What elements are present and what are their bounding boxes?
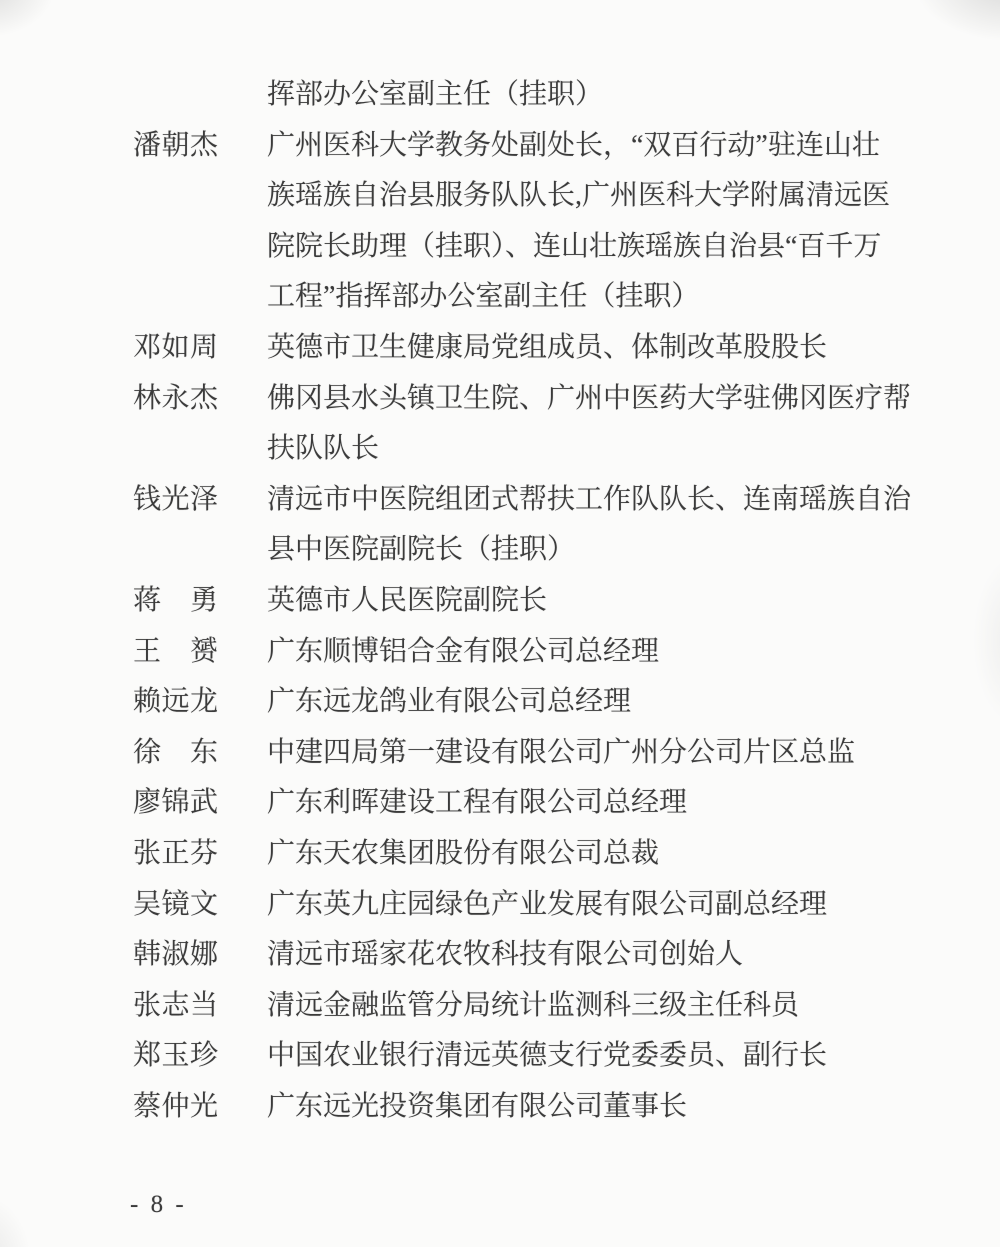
entry-description: 英德市卫生健康局党组成员、体制改革股股长 bbox=[267, 323, 903, 374]
list-item: 张志当 清远金融监管分局统计监测科三级主任科员 bbox=[133, 981, 903, 1032]
list-item: 潘朝杰 广州医科大学教务处副处长，“双百行动”驻连山壮族瑶族自治县服务队队长,广… bbox=[133, 121, 903, 323]
entry-name: 蒋 勇 bbox=[133, 576, 267, 627]
list-item: 张正芬 广东天农集团股份有限公司总裁 bbox=[133, 829, 903, 880]
entry-description: 广东天农集团股份有限公司总裁 bbox=[267, 829, 903, 880]
entry-description: 挥部办公室副主任（挂职） bbox=[267, 70, 903, 121]
page-number: - 8 - bbox=[130, 1191, 187, 1219]
description-line: 清远金融监管分局统计监测科三级主任科员 bbox=[267, 981, 903, 1032]
list-item: 蒋 勇 英德市人民医院副院长 bbox=[133, 576, 903, 627]
description-line: 佛冈县水头镇卫生院、广州中医药大学驻佛冈医疗帮 bbox=[267, 374, 903, 425]
entry-name: 王 赟 bbox=[133, 627, 267, 678]
description-line: 清远市中医院组团式帮扶工作队队长、连南瑶族自治 bbox=[267, 475, 903, 526]
entry-description: 英德市人民医院副院长 bbox=[267, 576, 903, 627]
description-line: 广东远龙鸽业有限公司总经理 bbox=[267, 677, 903, 728]
entry-name: 张正芬 bbox=[133, 829, 267, 880]
description-line: 族瑶族自治县服务队队长,广州医科大学附属清远医 bbox=[267, 171, 903, 222]
entry-name: 廖锦武 bbox=[133, 778, 267, 829]
entry-description: 广州医科大学教务处副处长，“双百行动”驻连山壮族瑶族自治县服务队队长,广州医科大… bbox=[267, 121, 903, 323]
entry-description: 中建四局第一建设有限公司广州分公司片区总监 bbox=[267, 728, 903, 779]
list-item: 郑玉珍 中国农业银行清远英德支行党委委员、副行长 bbox=[133, 1031, 903, 1082]
description-line: 院院长助理（挂职）、连山壮族瑶族自治县“百千万 bbox=[267, 222, 903, 273]
description-line: 广东天农集团股份有限公司总裁 bbox=[267, 829, 903, 880]
document-page: 挥部办公室副主任（挂职） 潘朝杰 广州医科大学教务处副处长，“双百行动”驻连山壮… bbox=[0, 0, 1000, 1247]
entry-name: 郑玉珍 bbox=[133, 1031, 267, 1082]
entry-description: 清远市瑶家花农牧科技有限公司创始人 bbox=[267, 930, 903, 981]
list-item: 赖远龙 广东远龙鸽业有限公司总经理 bbox=[133, 677, 903, 728]
description-line: 广东顺博铝合金有限公司总经理 bbox=[267, 627, 903, 678]
description-line: 广东远光投资集团有限公司董事长 bbox=[267, 1082, 903, 1133]
list-item: 王 赟 广东顺博铝合金有限公司总经理 bbox=[133, 627, 903, 678]
entry-description: 广东利晖建设工程有限公司总经理 bbox=[267, 778, 903, 829]
description-line: 中建四局第一建设有限公司广州分公司片区总监 bbox=[267, 728, 903, 779]
entry-description: 广东英九庄园绿色产业发展有限公司副总经理 bbox=[267, 880, 903, 931]
description-line: 英德市人民医院副院长 bbox=[267, 576, 903, 627]
entry-name: 张志当 bbox=[133, 981, 267, 1032]
description-line: 广东利晖建设工程有限公司总经理 bbox=[267, 778, 903, 829]
entry-name: 邓如周 bbox=[133, 323, 267, 374]
description-line: 广州医科大学教务处副处长，“双百行动”驻连山壮 bbox=[267, 121, 903, 172]
list-item: 钱光泽 清远市中医院组团式帮扶工作队队长、连南瑶族自治县中医院副院长（挂职） bbox=[133, 475, 903, 576]
description-line: 英德市卫生健康局党组成员、体制改革股股长 bbox=[267, 323, 903, 374]
entry-description: 清远金融监管分局统计监测科三级主任科员 bbox=[267, 981, 903, 1032]
description-line: 中国农业银行清远英德支行党委委员、副行长 bbox=[267, 1031, 903, 1082]
description-line: 挥部办公室副主任（挂职） bbox=[267, 70, 903, 121]
entry-name: 蔡仲光 bbox=[133, 1082, 267, 1133]
entry-name: 潘朝杰 bbox=[133, 121, 267, 172]
description-line: 县中医院副院长（挂职） bbox=[267, 525, 903, 576]
list-item: 邓如周 英德市卫生健康局党组成员、体制改革股股长 bbox=[133, 323, 903, 374]
entry-description: 广东远龙鸽业有限公司总经理 bbox=[267, 677, 903, 728]
entry-name: 钱光泽 bbox=[133, 475, 267, 526]
entry-description: 清远市中医院组团式帮扶工作队队长、连南瑶族自治县中医院副院长（挂职） bbox=[267, 475, 903, 576]
entry-name: 林永杰 bbox=[133, 374, 267, 425]
list-item: 吴镜文 广东英九庄园绿色产业发展有限公司副总经理 bbox=[133, 880, 903, 931]
list-item: 韩淑娜 清远市瑶家花农牧科技有限公司创始人 bbox=[133, 930, 903, 981]
description-line: 扶队队长 bbox=[267, 424, 903, 475]
entry-description: 中国农业银行清远英德支行党委委员、副行长 bbox=[267, 1031, 903, 1082]
description-line: 清远市瑶家花农牧科技有限公司创始人 bbox=[267, 930, 903, 981]
list-item: 蔡仲光 广东远光投资集团有限公司董事长 bbox=[133, 1082, 903, 1133]
entry-description: 佛冈县水头镇卫生院、广州中医药大学驻佛冈医疗帮扶队队长 bbox=[267, 374, 903, 475]
list-item: 廖锦武 广东利晖建设工程有限公司总经理 bbox=[133, 778, 903, 829]
entry-name: 吴镜文 bbox=[133, 880, 267, 931]
list-item: 林永杰 佛冈县水头镇卫生院、广州中医药大学驻佛冈医疗帮扶队队长 bbox=[133, 374, 903, 475]
list-item: 挥部办公室副主任（挂职） bbox=[133, 70, 903, 121]
roster-list: 挥部办公室副主任（挂职） 潘朝杰 广州医科大学教务处副处长，“双百行动”驻连山壮… bbox=[133, 70, 903, 1132]
list-item: 徐 东 中建四局第一建设有限公司广州分公司片区总监 bbox=[133, 728, 903, 779]
description-line: 工程”指挥部办公室副主任（挂职） bbox=[267, 272, 903, 323]
entry-name: 韩淑娜 bbox=[133, 930, 267, 981]
entry-description: 广东顺博铝合金有限公司总经理 bbox=[267, 627, 903, 678]
entry-name: 赖远龙 bbox=[133, 677, 267, 728]
entry-description: 广东远光投资集团有限公司董事长 bbox=[267, 1082, 903, 1133]
description-line: 广东英九庄园绿色产业发展有限公司副总经理 bbox=[267, 880, 903, 931]
entry-name: 徐 东 bbox=[133, 728, 267, 779]
